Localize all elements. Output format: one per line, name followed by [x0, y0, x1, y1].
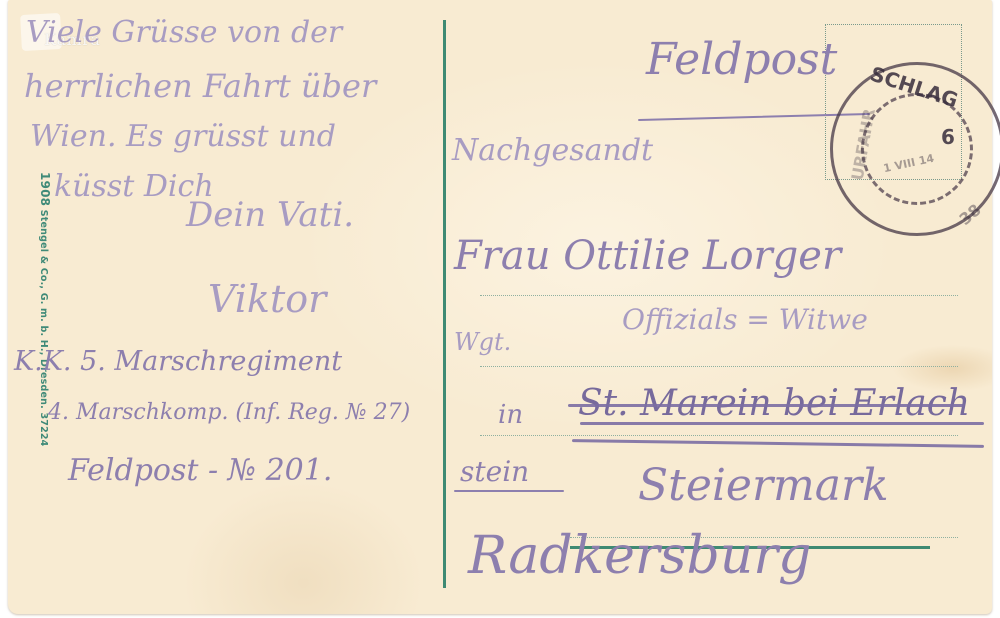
message-line-2: herrlichen Fahrt über	[24, 70, 376, 102]
postcard: Kamra 1908 Stengel & Co., G. m. b. H., D…	[8, 0, 992, 614]
side-note-bottom: stein	[460, 458, 529, 486]
region: Steiermark	[638, 464, 889, 508]
side-note-top: Wgt.	[454, 330, 511, 354]
strike-line-3	[572, 439, 984, 448]
postmark-hour: 6	[941, 125, 955, 149]
sender-line-1: K.K. 5. Marschregiment	[14, 348, 342, 375]
city: Radkersburg	[468, 530, 811, 582]
feldpost-header: Feldpost	[646, 38, 837, 82]
forwarded-note: Nachgesandt	[452, 136, 653, 166]
address-line-2	[480, 366, 958, 367]
center-divider	[443, 20, 446, 588]
imprint-year: 1908	[38, 172, 52, 206]
recipient-title: Offizials = Witwe	[622, 306, 868, 334]
address-prefix: in	[498, 402, 523, 428]
message-line-5: Dein Vati.	[186, 198, 354, 232]
sender-line-3: Feldpost - № 201.	[68, 456, 332, 486]
message-line-1: Viele Grüsse von der	[26, 18, 342, 48]
strike-line-1	[568, 404, 964, 407]
message-line-3: Wien. Es grüsst und	[30, 122, 336, 152]
side-note-underline	[454, 490, 564, 492]
postmark: SCHLAG 6 1 VIII 14 URFAHR 38	[830, 62, 1000, 236]
address-line-1	[480, 295, 958, 296]
strike-line-2	[580, 422, 984, 425]
signature: Viktor	[208, 280, 326, 318]
address-line-3	[480, 435, 958, 436]
postmark-bottom-text: 38	[955, 200, 984, 229]
sender-line-2: 4. Marschkomp. (Inf. Reg. № 27)	[48, 402, 410, 424]
recipient-name: Frau Ottilie Lorger	[454, 236, 841, 276]
